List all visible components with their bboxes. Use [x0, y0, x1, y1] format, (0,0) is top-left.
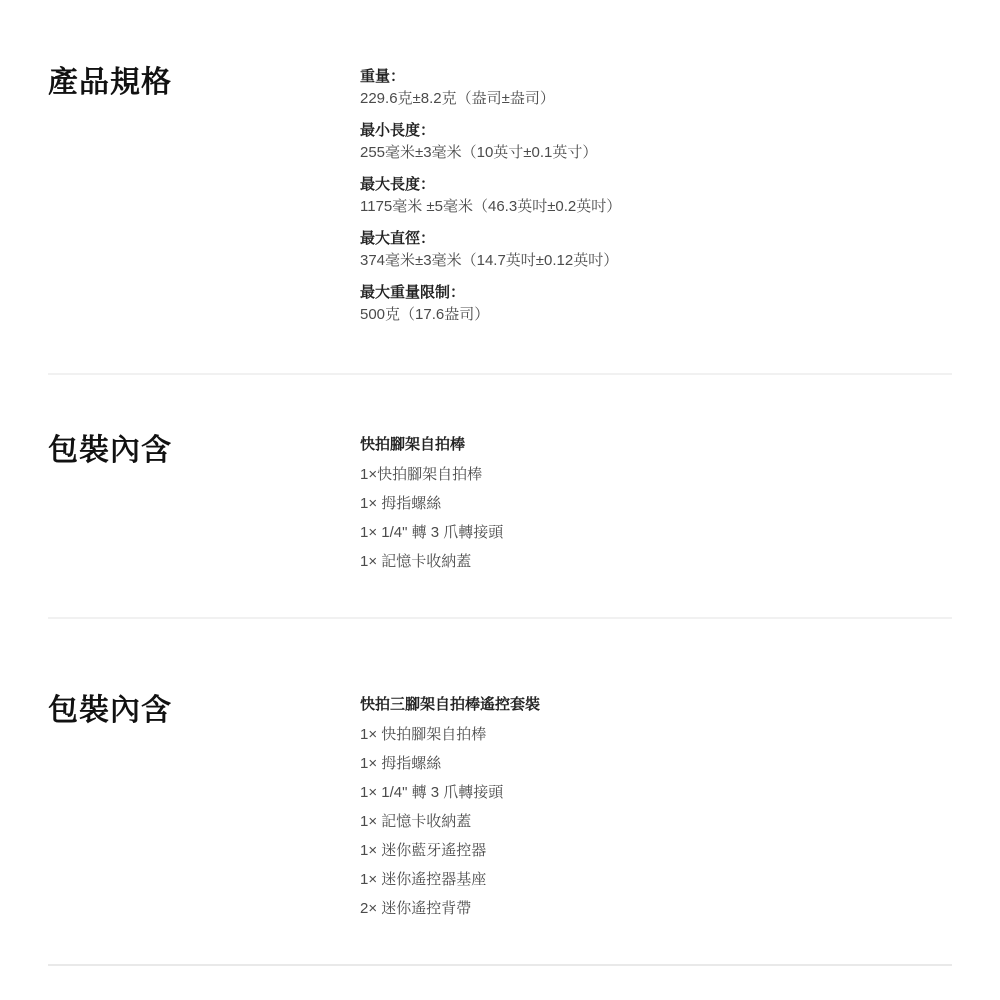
package-list-title: 快拍三腳架自拍棒遙控套裝	[360, 694, 952, 716]
package-list-1: 快拍腳架自拍棒 1×快拍腳架自拍棒 1× 拇指螺絲 1× 1/4" 轉 3 爪轉…	[360, 434, 952, 580]
package-list-title: 快拍腳架自拍棒	[360, 434, 952, 456]
package-item: 1× 記憶卡收納蓋	[360, 551, 952, 573]
package-item: 1× 迷你遙控器基座	[360, 869, 952, 891]
spec-value: 374毫米±3毫米（14.7英吋±0.12英吋）	[360, 250, 952, 272]
section-title-product-specs: 產品規格	[48, 66, 360, 100]
spec-label: 重量：	[360, 66, 952, 88]
package-item: 1× 1/4" 轉 3 爪轉接頭	[360, 522, 952, 544]
section-package-contents-2: 包裝內含 快拍三腳架自拍棒遙控套裝 1× 快拍腳架自拍棒 1× 拇指螺絲 1× …	[0, 619, 1000, 964]
package-item: 1× 1/4" 轉 3 爪轉接頭	[360, 782, 952, 804]
spec-value: 500克（17.6盎司）	[360, 304, 952, 326]
spec-row-max-length: 最大長度： 1175毫米 ±5毫米（46.3英吋±0.2英吋）	[360, 174, 952, 218]
spec-label: 最大長度：	[360, 174, 952, 196]
package-item: 2× 迷你遙控背帶	[360, 898, 952, 920]
spec-row-max-diameter: 最大直徑： 374毫米±3毫米（14.7英吋±0.12英吋）	[360, 228, 952, 272]
section-product-specs: 產品規格 重量： 229.6克±8.2克（盎司±盎司） 最小長度： 255毫米±…	[0, 0, 1000, 373]
section-title-package-contents-2: 包裝內含	[48, 694, 360, 728]
package-item: 1× 記憶卡收納蓋	[360, 811, 952, 833]
spec-value: 1175毫米 ±5毫米（46.3英吋±0.2英吋）	[360, 196, 952, 218]
package-item: 1× 快拍腳架自拍棒	[360, 724, 952, 746]
package-item: 1× 迷你藍牙遙控器	[360, 840, 952, 862]
section-package-contents-1: 包裝內含 快拍腳架自拍棒 1×快拍腳架自拍棒 1× 拇指螺絲 1× 1/4" 轉…	[0, 375, 1000, 617]
product-detail-page: 產品規格 重量： 229.6克±8.2克（盎司±盎司） 最小長度： 255毫米±…	[0, 0, 1000, 1000]
spec-row-min-length: 最小長度： 255毫米±3毫米（10英寸±0.1英寸）	[360, 120, 952, 164]
package-list-2: 快拍三腳架自拍棒遙控套裝 1× 快拍腳架自拍棒 1× 拇指螺絲 1× 1/4" …	[360, 694, 952, 927]
spec-value: 255毫米±3毫米（10英寸±0.1英寸）	[360, 142, 952, 164]
section-divider	[48, 964, 952, 966]
spec-label: 最大重量限制：	[360, 282, 952, 304]
spec-row-max-load: 最大重量限制： 500克（17.6盎司）	[360, 282, 952, 326]
spec-label: 最大直徑：	[360, 228, 952, 250]
spec-list: 重量： 229.6克±8.2克（盎司±盎司） 最小長度： 255毫米±3毫米（1…	[360, 66, 952, 336]
spec-row-weight: 重量： 229.6克±8.2克（盎司±盎司）	[360, 66, 952, 110]
package-item: 1× 拇指螺絲	[360, 493, 952, 515]
spec-label: 最小長度：	[360, 120, 952, 142]
spec-value: 229.6克±8.2克（盎司±盎司）	[360, 88, 952, 110]
package-item: 1× 拇指螺絲	[360, 753, 952, 775]
package-item: 1×快拍腳架自拍棒	[360, 464, 952, 486]
section-title-package-contents-1: 包裝內含	[48, 434, 360, 468]
